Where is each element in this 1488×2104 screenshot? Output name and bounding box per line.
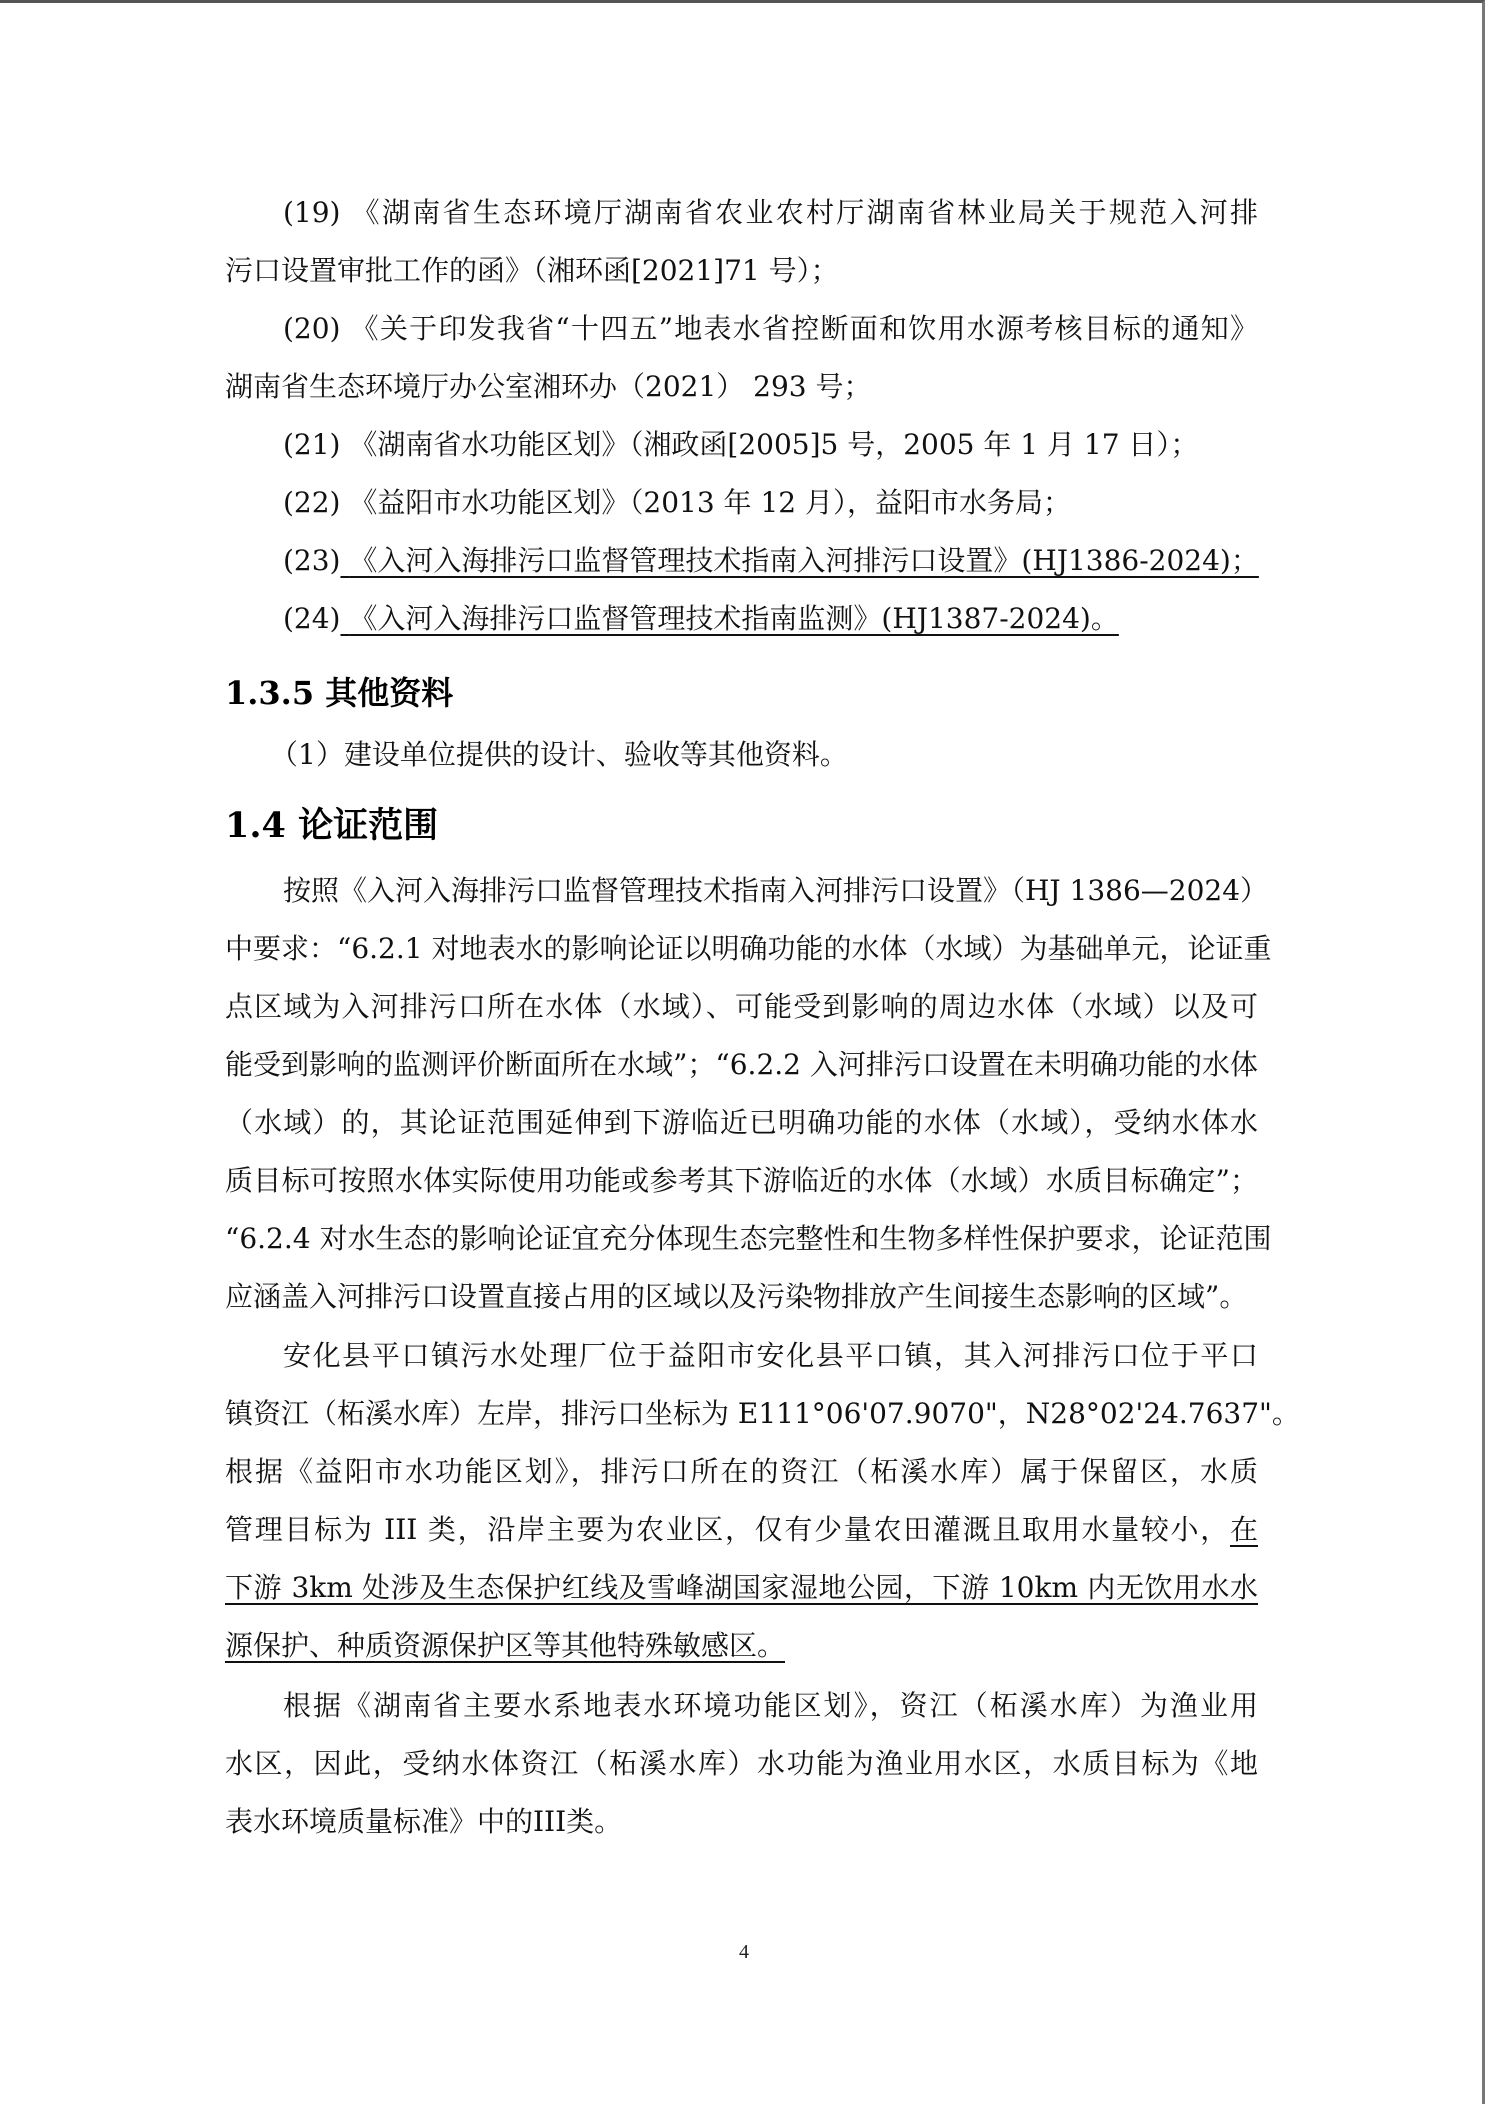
scope-paragraph-2-line-2: 镇资江（柘溪水库）左岸，排污口坐标为 E111°06'07.9070"，N28°…: [225, 1394, 1258, 1434]
reference-text: 《入河入海排污口监督管理技术指南监测》(HJ1387-2024)。: [349, 602, 1118, 635]
reference-text: 《湖南省水功能区划》（湘政函[2005]5 号，2005 年 1 月 17 日）…: [349, 428, 1198, 461]
reference-22: (22) 《益阳市水功能区划》（2013 年 12 月），益阳市水务局；: [283, 483, 1258, 523]
reference-text-underlined: 《入河入海排污口监督管理技术指南监测》(HJ1387-2024)。: [340, 602, 1118, 635]
reference-text-underlined: 《入河入海排污口监督管理技术指南入河排污口设置》(HJ1386-2024)；: [340, 544, 1258, 577]
scope-paragraph-1-line-8: 应涵盖入河排污口设置直接占用的区域以及污染物排放产生间接生态影响的区域”。: [225, 1277, 1258, 1317]
reference-20-line-1: (20) 《关于印发我省“十四五”地表水省控断面和饮用水源考核目标的通知》: [283, 309, 1258, 349]
reference-number: (20): [283, 312, 340, 345]
reference-number: (24): [283, 602, 340, 635]
reference-24: (24) 《入河入海排污口监督管理技术指南监测》(HJ1387-2024)。: [283, 599, 1258, 639]
scope-paragraph-1-line-2: 中要求：“6.2.1 对地表水的影响论证以明确功能的水体（水域）为基础单元，论证…: [225, 929, 1258, 969]
scope-paragraph-1-line-4: 能受到影响的监测评价断面所在水域”；“6.2.2 入河排污口设置在未明确功能的水…: [225, 1045, 1258, 1085]
scope-paragraph-3-line-3: 表水环境质量标准》中的III类。: [225, 1802, 1258, 1842]
scope-paragraph-2-line-3: 根据《益阳市水功能区划》，排污口所在的资江（柘溪水库）属于保留区，水质: [225, 1452, 1258, 1492]
page-number: 4: [0, 1941, 1488, 1964]
scope-paragraph-1-line-3: 点区域为入河排污口所在水体（水域）、可能受到影响的周边水体（水域）以及可: [225, 987, 1258, 1027]
reference-number: (23): [283, 544, 340, 577]
underlined-text: 源保护、种质资源保护区等其他特殊敏感区。: [225, 1629, 785, 1662]
scope-paragraph-3-line-1: 根据《湖南省主要水系地表水环境功能区划》，资江（柘溪水库）为渔业用: [283, 1686, 1258, 1726]
section-heading-1-3-5: 1.3.5 其他资料: [225, 668, 453, 714]
reference-text: 《关于印发我省“十四五”地表水省控断面和饮用水源考核目标的通知》: [351, 312, 1258, 345]
scope-paragraph-2-line-6: 源保护、种质资源保护区等其他特殊敏感区。: [225, 1626, 1258, 1666]
reference-text: 《入河入海排污口监督管理技术指南入河排污口设置》(HJ1386-2024)；: [349, 544, 1258, 577]
scope-paragraph-2-line-1: 安化县平口镇污水处理厂位于益阳市安化县平口镇，其入河排污口位于平口: [283, 1336, 1258, 1376]
scope-paragraph-2-line-5-underlined: 下游 3km 处涉及生态保护红线及雪峰湖国家湿地公园，下游 10km 内无饮用水…: [225, 1568, 1258, 1608]
scope-paragraph-1-line-1: 按照《入河入海排污口监督管理技术指南入河排污口设置》（HJ 1386—2024）: [283, 871, 1258, 911]
scope-paragraph-3-line-2: 水区，因此，受纳水体资江（柘溪水库）水功能为渔业用水区，水质目标为《地: [225, 1744, 1258, 1784]
scope-paragraph-2-line-4: 管理目标为 III 类，沿岸主要为农业区，仅有少量农田灌溉且取用水量较小，在: [225, 1510, 1258, 1550]
reference-number: (21): [283, 428, 340, 461]
reference-number: (22): [283, 486, 340, 519]
scope-paragraph-1-line-5: （水域）的，其论证范围延伸到下游临近已明确功能的水体（水域），受纳水体水: [225, 1103, 1258, 1143]
reference-21: (21) 《湖南省水功能区划》（湘政函[2005]5 号，2005 年 1 月 …: [283, 425, 1258, 465]
underlined-text: 在: [1230, 1513, 1258, 1546]
reference-text: 《湖南省生态环境厅湖南省农业农村厅湖南省林业局关于规范入河排: [352, 196, 1258, 229]
document-page: (19) 《湖南省生态环境厅湖南省农业农村厅湖南省林业局关于规范入河排 污口设置…: [0, 0, 1485, 2104]
reference-23: (23) 《入河入海排污口监督管理技术指南入河排污口设置》(HJ1386-202…: [283, 541, 1258, 581]
plain-text: 管理目标为 III 类，沿岸主要为农业区，仅有少量农田灌溉且取用水量较小，: [225, 1513, 1230, 1546]
reference-number: (19): [283, 196, 340, 229]
scope-paragraph-1-line-7: “6.2.4 对水生态的影响论证宜充分体现生态完整性和生物多样性保护要求，论证范…: [225, 1219, 1258, 1259]
scope-paragraph-1-line-6: 质目标可按照水体实际使用功能或参考其下游临近的水体（水域）水质目标确定”；: [225, 1161, 1258, 1201]
section-heading-1-4: 1.4 论证范围: [225, 798, 438, 848]
reference-19-line-1: (19) 《湖南省生态环境厅湖南省农业农村厅湖南省林业局关于规范入河排: [283, 193, 1258, 233]
reference-19-line-2: 污口设置审批工作的函》（湘环函[2021]71 号）；: [225, 251, 1258, 291]
other-materials-item-1: （1）建设单位提供的设计、验收等其他资料。: [270, 735, 1303, 775]
reference-20-line-2: 湖南省生态环境厅办公室湘环办（2021） 293 号；: [225, 367, 1258, 407]
reference-text: 《益阳市水功能区划》（2013 年 12 月），益阳市水务局；: [349, 486, 1071, 519]
